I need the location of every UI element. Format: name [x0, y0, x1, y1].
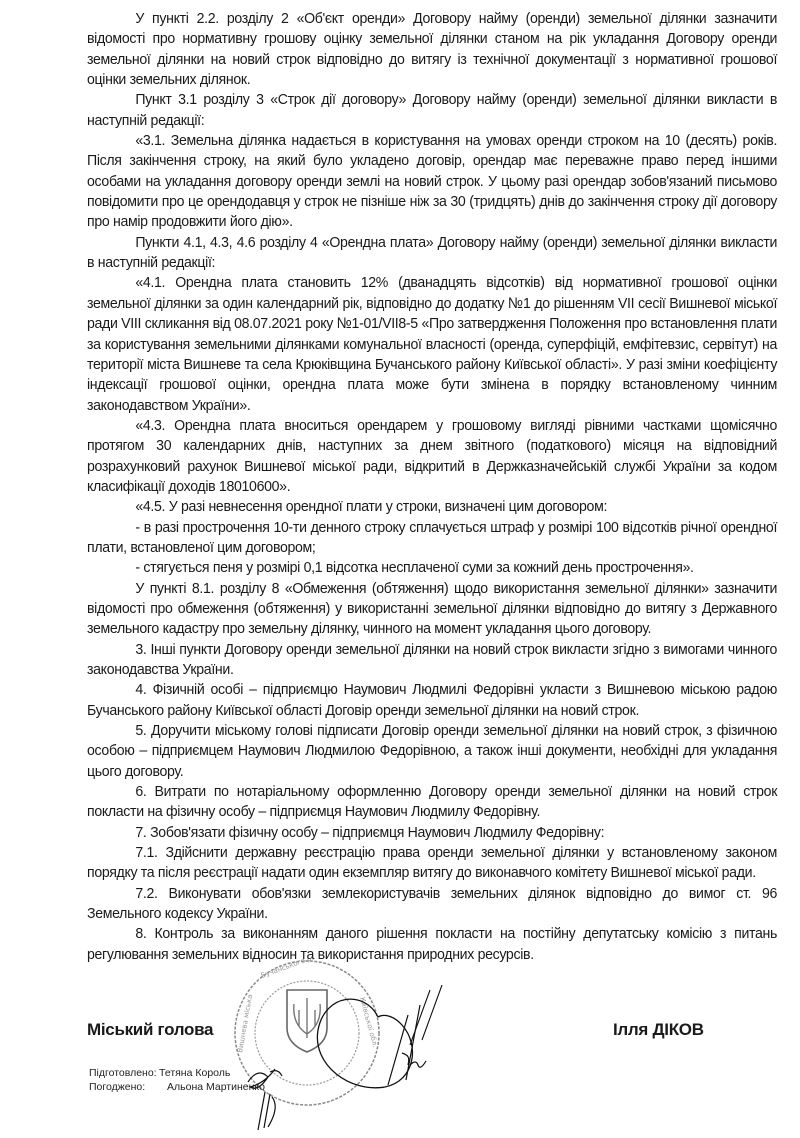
prepared-by-row: Підготовлено:Тетяна Король [89, 1067, 265, 1081]
approval-footer: Підготовлено:Тетяна Король Погоджено:Аль… [89, 1067, 265, 1094]
paragraph-item-5: 5. Доручити міському голові підписати До… [87, 721, 777, 782]
paragraph-item-6: 6. Витрати по нотаріальному оформленню Д… [87, 782, 777, 823]
paragraph-3-1-intro: Пункт 3.1 розділу 3 «Строк дії договору»… [87, 90, 777, 131]
paragraph-4-5: «4.5. У разі невнесення орендної плати у… [87, 497, 777, 517]
paragraph-4-intro: Пункти 4.1, 4.3, 4.6 розділу 4 «Орендна … [87, 233, 777, 274]
paragraph-item-3: 3. Інші пункти Договору оренди земельної… [87, 640, 777, 681]
agreed-label: Погоджено: [89, 1081, 159, 1095]
prepared-name: Тетяна Король [159, 1067, 230, 1079]
paragraph-4-5-penalty: - стягується пеня у розмірі 0,1 відсотка… [87, 558, 777, 578]
paragraph-4-3: «4.3. Орендна плата вноситься орендарем … [87, 416, 777, 497]
document-body: У пункті 2.2. розділу 2 «Об'єкт оренди» … [87, 9, 777, 965]
paragraph-4-5-fine: - в разі прострочення 10-ти денного стро… [87, 518, 777, 559]
svg-text:Вишнева міська: Вишнева міська [236, 994, 254, 1053]
paragraph-item-7-2: 7.2. Виконувати обов'язки землекористува… [87, 884, 777, 925]
paragraph-item-7: 7. Зобов'язати фізичну особу – підприємц… [87, 823, 777, 843]
signatory-position: Міський голова [87, 1020, 213, 1040]
paragraph-item-8: 8. Контроль за виконанням даного рішення… [87, 924, 777, 965]
signatory-name: Ілля ДІКОВ [613, 1020, 704, 1040]
paragraph-4-1: «4.1. Орендна плата становить 12% (двана… [87, 273, 777, 415]
prepared-label: Підготовлено: [89, 1067, 159, 1081]
paragraph-2-2: У пункті 2.2. розділу 2 «Об'єкт оренди» … [87, 9, 777, 90]
paragraph-3-1: «3.1. Земельна ділянка надається в корис… [87, 131, 777, 233]
coat-of-arms-trident-icon [287, 990, 327, 1052]
paragraph-8-1: У пункті 8.1. розділу 8 «Обмеження (обтя… [87, 579, 777, 640]
paragraph-item-7-1: 7.1. Здійснити державну реєстрацію права… [87, 843, 777, 884]
svg-text:Київської обл.: Київської обл. [358, 996, 379, 1048]
signature-mayor [310, 985, 450, 1095]
agreed-name: Альона Мартиненко [159, 1081, 265, 1093]
paragraph-item-4: 4. Фізичній особі – підприємцю Наумович … [87, 680, 777, 721]
agreed-by-row: Погоджено:Альона Мартиненко [89, 1081, 265, 1095]
